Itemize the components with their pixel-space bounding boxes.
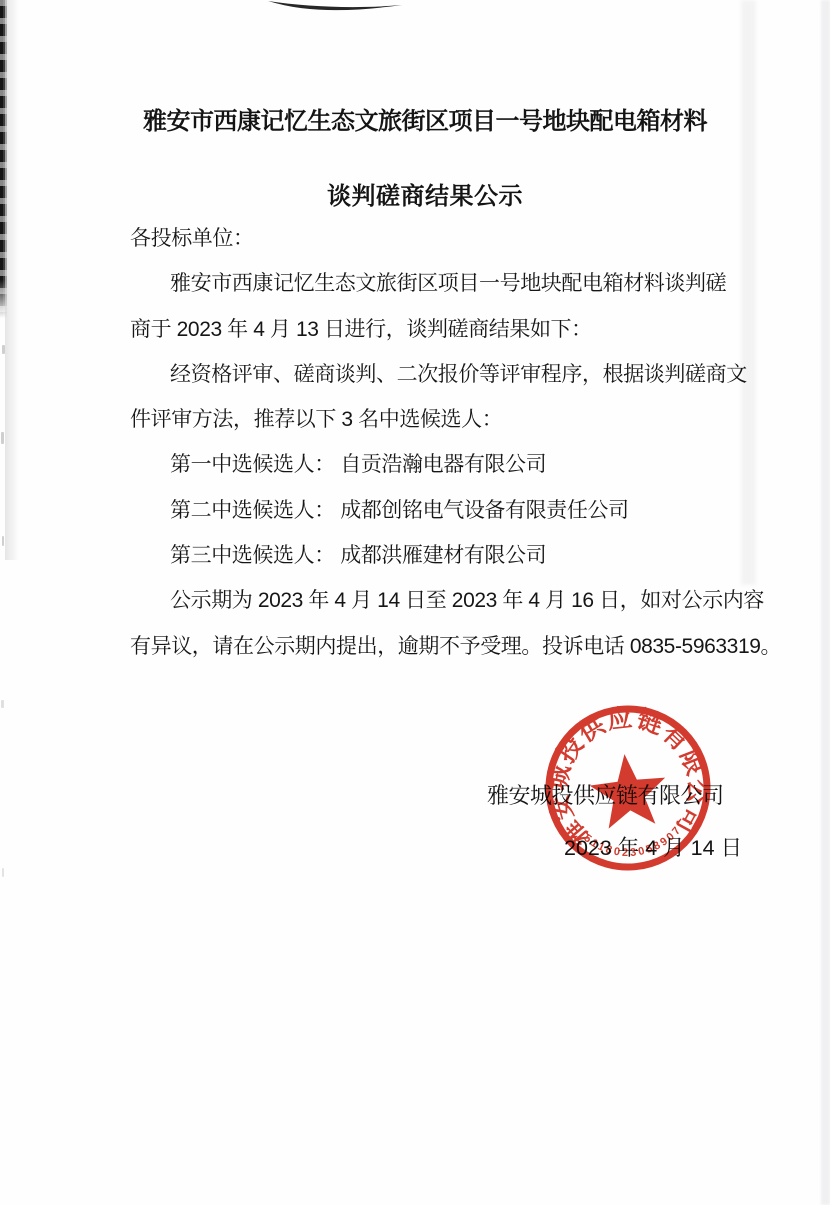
candidate-line-3: 第三中选候选人： 成都洪雁建材有限公司 [130, 533, 755, 578]
document-title-line1: 雅安市西康记忆生态文旅街区项目一号地块配电箱材料 [20, 101, 830, 136]
body-line: 公示期为 2023 年 4 月 14 日至 2023 年 4 月 16 日，如对… [130, 578, 755, 623]
body-line: 商于 2023 年 4 月 13 日进行，谈判磋商结果如下： [130, 307, 755, 352]
document-body: 各投标单位： 雅安市西康记忆生态文旅街区项目一号地块配电箱材料谈判磋 商于 20… [130, 216, 755, 669]
scan-artifact-speck [2, 345, 5, 354]
scan-artifact-speck [1, 432, 4, 444]
body-line: 雅安市西康记忆生态文旅街区项目一号地块配电箱材料谈判磋 [130, 261, 755, 306]
scan-artifact-top-streak [0, 0, 830, 24]
candidate-line-1: 第一中选候选人： 自贡浩瀚电器有限公司 [130, 442, 755, 487]
scan-artifact-speck [2, 536, 4, 546]
scan-artifact-speck [2, 868, 4, 877]
star-icon [587, 750, 670, 830]
company-seal: 雅安城投供应链有限公司 5118023058907 [541, 701, 715, 875]
scan-artifact-left-shadow [5, 0, 19, 560]
document-title-line2: 谈判磋商结果公示 [20, 176, 830, 211]
body-line: 件评审方法，推荐以下 3 名中选候选人： [130, 397, 755, 442]
scanned-document-page: 雅安市西康记忆生态文旅街区项目一号地块配电箱材料 谈判磋商结果公示 各投标单位：… [0, 0, 830, 1205]
body-line: 有异议，请在公示期内提出，逾期不予受理。投诉电话 0835-5963319。 [130, 624, 755, 669]
scan-artifact-right-edge [821, 0, 830, 1205]
body-line: 经资格评审、磋商谈判、二次报价等评审程序，根据谈判磋商文 [130, 352, 755, 397]
scan-artifact-left-strip [0, 0, 7, 318]
scan-artifact-speck [1, 700, 4, 708]
candidate-line-2: 第二中选候选人： 成都创铭电气设备有限责任公司 [130, 488, 755, 533]
salutation-line: 各投标单位： [130, 216, 755, 261]
